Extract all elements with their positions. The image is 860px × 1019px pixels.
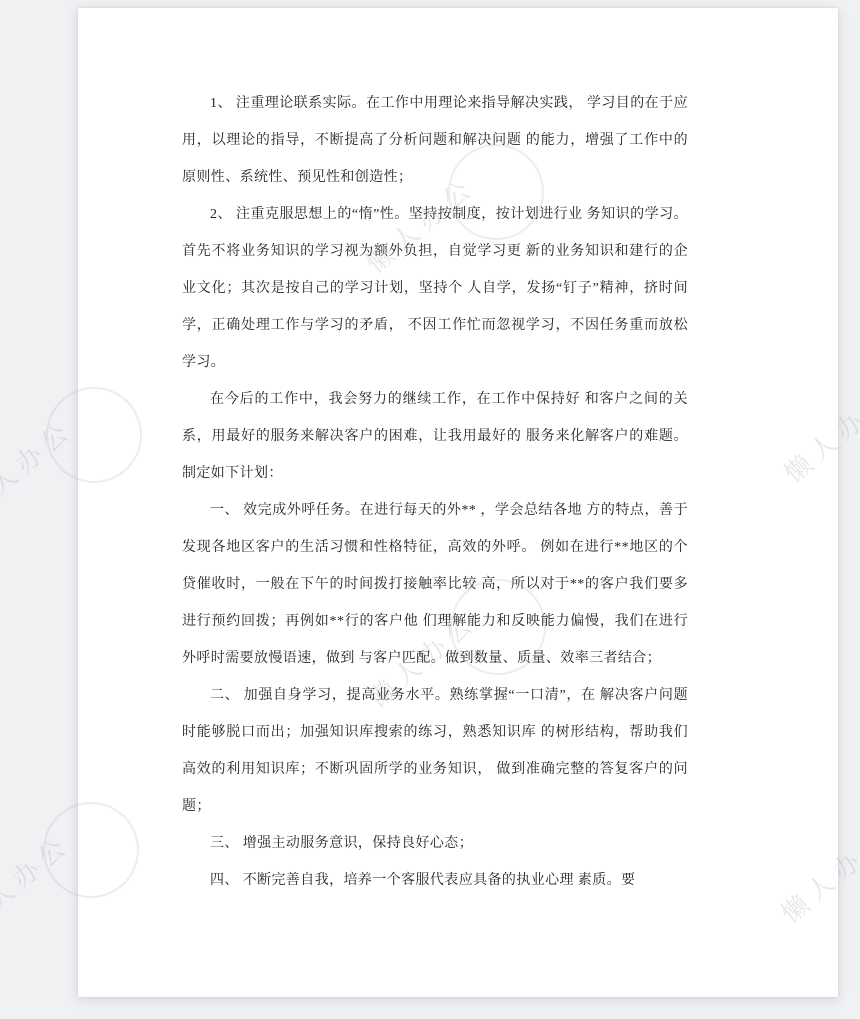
document-paragraph: 四、 不断完善自我，培养一个客服代表应具备的执业心理 素质。要	[182, 862, 688, 899]
document-paragraph: 二、 加强自身学习，提高业务水平。熟练掌握“一口清”，在 解决客户问题时能够脱口…	[182, 677, 688, 825]
watermark-text: 懒人办公	[0, 819, 84, 944]
document-paragraph: 2、 注重克服思想上的“惰”性。坚持按制度，按计划进行业 务知识的学习。首先不将…	[182, 196, 688, 381]
document-paragraph: 一、 效完成外呼任务。在进行每天的外** ，学会总结各地 方的特点，善于发现各地…	[182, 492, 688, 677]
document-page: 1、 注重理论联系实际。在工作中用理论来指导解决实践， 学习目的在于应用，以理论…	[78, 8, 838, 997]
watermark-text: 懒人办公	[0, 404, 87, 529]
document-paragraph: 在今后的工作中，我会努力的继续工作，在工作中保持好 和客户之间的关系，用最好的服…	[182, 381, 688, 492]
document-body: 1、 注重理论联系实际。在工作中用理论来指导解决实践， 学习目的在于应用，以理论…	[182, 85, 688, 899]
document-paragraph: 三、 增强主动服务意识，保持良好心态；	[182, 825, 688, 862]
document-paragraph: 1、 注重理论联系实际。在工作中用理论来指导解决实践， 学习目的在于应用，以理论…	[182, 85, 688, 196]
